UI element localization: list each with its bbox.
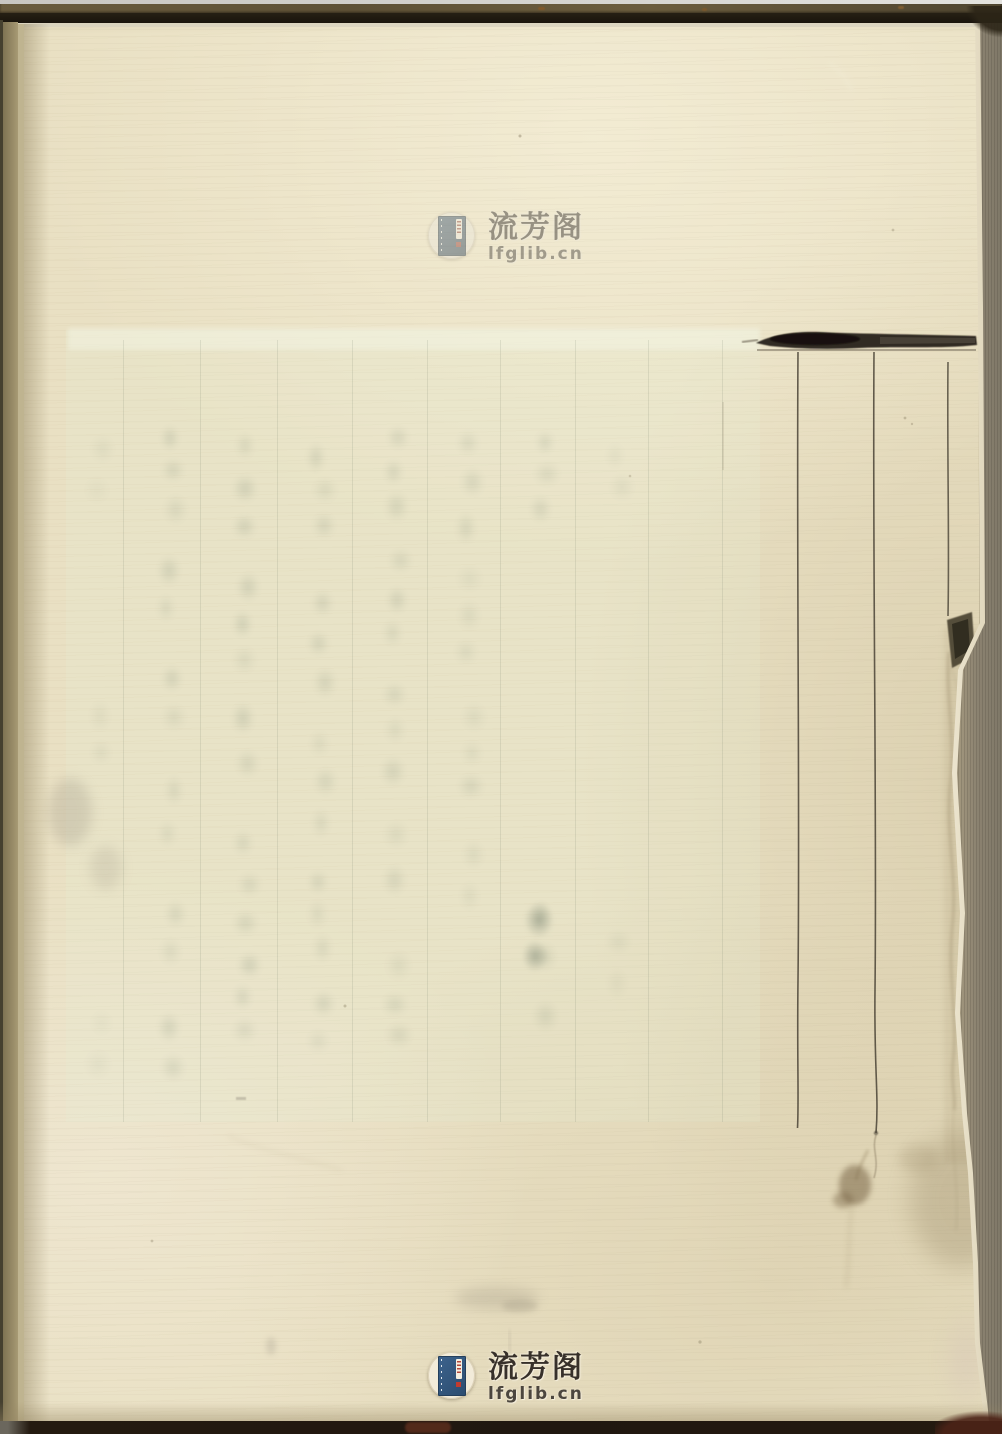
column-rule-3 bbox=[948, 362, 949, 616]
book-label-detail bbox=[456, 219, 462, 239]
column-rule-1 bbox=[798, 352, 799, 1128]
rust-speck bbox=[898, 6, 904, 9]
watermark-bottom: 流芳阁 lfglib.cn bbox=[428, 1352, 584, 1403]
watermark-top: 流芳阁 lfglib.cn bbox=[428, 212, 584, 263]
gutter-shadow bbox=[24, 24, 50, 1422]
cover-bottom-corner-stain bbox=[935, 1407, 1002, 1434]
column-rule-2 bbox=[874, 352, 877, 1133]
stain-left-edge bbox=[48, 778, 92, 846]
watermark-text: 流芳阁 lfglib.cn bbox=[488, 1352, 584, 1403]
book-icon bbox=[438, 216, 466, 256]
site-logo-badge bbox=[428, 212, 475, 259]
site-name: 流芳阁 bbox=[488, 1352, 584, 1384]
watermark-text: 流芳阁 lfglib.cn bbox=[488, 212, 584, 263]
site-name: 流芳阁 bbox=[488, 212, 584, 244]
paper-crease bbox=[948, 652, 954, 1110]
rust-speck bbox=[538, 7, 545, 10]
rust-speck bbox=[702, 8, 707, 11]
page-top-edge-highlight bbox=[16, 23, 976, 27]
site-url: lfglib.cn bbox=[488, 1386, 584, 1403]
page-bottom-shadow bbox=[0, 1402, 1002, 1422]
book-spine-left-band bbox=[3, 22, 18, 1424]
book-stitch-detail bbox=[441, 1359, 442, 1393]
book-cover-bottom-edge bbox=[0, 1421, 1002, 1434]
cover-bottom-stain bbox=[405, 1422, 451, 1433]
site-logo-badge bbox=[428, 1352, 475, 1399]
book-icon bbox=[438, 1356, 466, 1396]
book-stitch-detail bbox=[441, 219, 442, 253]
book-cover-top-shadow bbox=[0, 13, 1002, 23]
site-url: lfglib.cn bbox=[488, 246, 584, 263]
book-label-detail bbox=[456, 1359, 462, 1379]
cover-corner-top-right bbox=[960, 6, 1002, 50]
scanned-book-page: 流芳阁 lfglib.cn 流芳阁 lfglib.cn bbox=[0, 0, 1002, 1434]
